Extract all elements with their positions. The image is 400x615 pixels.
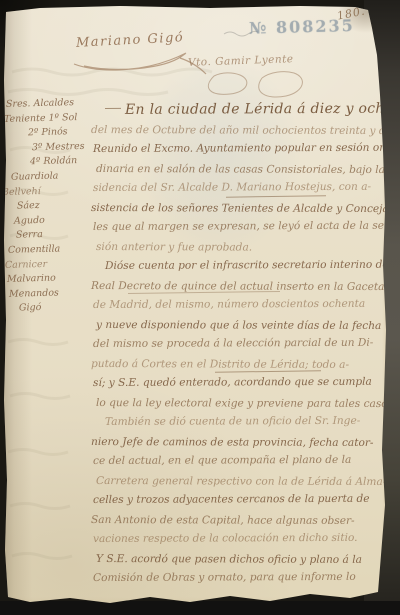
manuscript-page: 180. № 808235 Mariano Gigó Vto. Gamir Ly… bbox=[0, 0, 400, 615]
manuscript-line: del mismo se proceda á la elección parci… bbox=[93, 334, 385, 355]
manuscript-line: celles y trozos adyacentes cercanos de l… bbox=[93, 490, 385, 511]
manuscript-line: Dióse cuenta por el infrascrito secretar… bbox=[93, 256, 385, 277]
serial-stamp-number: № 808235 bbox=[249, 15, 379, 37]
photo-backdrop-bottom bbox=[0, 601, 400, 615]
manuscript-line: sí; y S.E. quedó enterado, acordando que… bbox=[93, 373, 385, 394]
manuscript-line: de Madrid, del mismo, número doscientos … bbox=[93, 295, 385, 316]
photographed-manuscript: 180. № 808235 Mariano Gigó Vto. Gamir Ly… bbox=[0, 0, 400, 615]
manuscript-line: vaciones respecto de la colocación en di… bbox=[93, 529, 385, 550]
manuscript-line: Reunido el Excmo. Ayuntamiento popular e… bbox=[93, 139, 385, 160]
manuscript-line: En la ciudad de Lérida á diez y ocho día… bbox=[93, 100, 385, 121]
manuscript-line: También se dió cuenta de un oficio del S… bbox=[93, 412, 385, 433]
manuscript-body: En la ciudad de Lérida á diez y ocho día… bbox=[93, 101, 385, 589]
manuscript-line: Comisión de Obras y ornato, para que inf… bbox=[93, 568, 385, 589]
manuscript-line: les que al margen se expresan, se leyó e… bbox=[93, 217, 385, 238]
signature-rubric-loops bbox=[196, 66, 336, 102]
margin-attendee-name: Gigó bbox=[2, 301, 94, 318]
margin-attendee-list: Sres. AlcaldesTeniente 1º Sol2º Pinós3º … bbox=[2, 99, 94, 318]
manuscript-line: sidencia del Sr. Alcalde D. Mariano Host… bbox=[93, 178, 385, 199]
manuscript-line: ce del actual, en el que acompaña el pla… bbox=[93, 451, 385, 472]
